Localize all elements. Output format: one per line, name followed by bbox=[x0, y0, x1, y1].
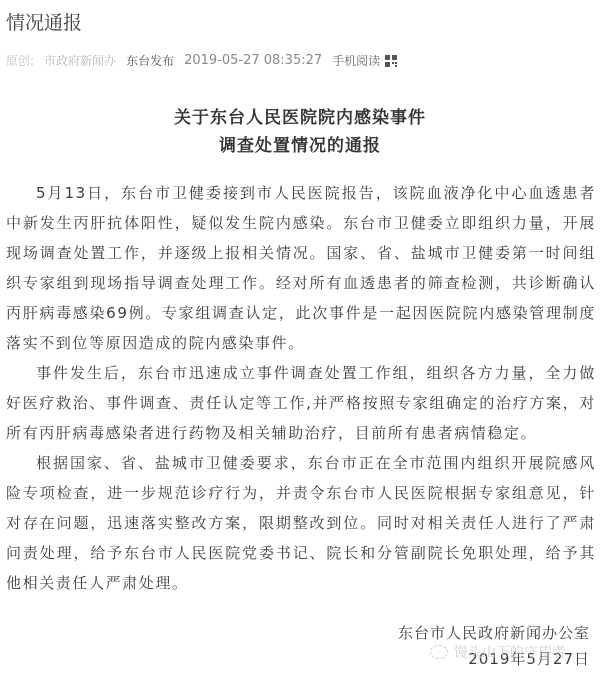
account-name-link[interactable]: 东台发布 bbox=[126, 52, 174, 69]
page-title: 情况通报 bbox=[6, 8, 82, 35]
qr-code-icon[interactable] bbox=[385, 55, 397, 67]
paragraph-2: 事件发生后，东台市迅速成立事件调查处置工作组，组织各方力量，全力做好医疗救治、事… bbox=[6, 358, 596, 448]
mobile-read-label: 手机阅读 bbox=[332, 52, 380, 69]
signature-date: 2019年5月27日 bbox=[398, 646, 590, 672]
publish-datetime: 2019-05-27 08:35:27 bbox=[184, 53, 322, 68]
source-author: 市政府新闻办 bbox=[44, 52, 116, 69]
document-body: 5月13日，东台市卫健委接到市人民医院报告，该院血液净化中心血透患者中新发生丙肝… bbox=[6, 178, 596, 598]
signature-org: 东台市人民政府新闻办公室 bbox=[398, 620, 590, 646]
paragraph-3: 根据国家、省、盐城市卫健委要求，东台市正在全市范围内组织开展院感风险专项检查，进… bbox=[6, 448, 596, 598]
signature-block: 东台市人民政府新闻办公室 2019年5月27日 bbox=[398, 620, 590, 672]
mobile-read-button[interactable]: 手机阅读 bbox=[332, 52, 397, 69]
paragraph-1: 5月13日，东台市卫健委接到市人民医院报告，该院血液净化中心血透患者中新发生丙肝… bbox=[6, 178, 596, 358]
article-meta: 原创: 市政府新闻办 东台发布 2019-05-27 08:35:27 手机阅读 bbox=[6, 52, 397, 69]
original-label: 原创: bbox=[6, 52, 34, 69]
document-heading: 关于东台人民医院院内感染事件 调查处置情况的通报 bbox=[0, 104, 600, 160]
heading-line-1: 关于东台人民医院院内感染事件 bbox=[0, 104, 600, 132]
heading-line-2: 调查处置情况的通报 bbox=[0, 132, 600, 160]
